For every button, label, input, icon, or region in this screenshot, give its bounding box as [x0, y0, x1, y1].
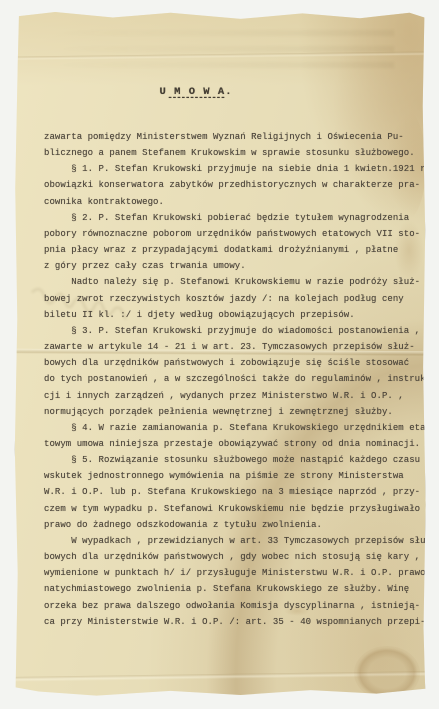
- text-line: biletu II kl. :/ i djety według obowiązu…: [44, 307, 420, 323]
- text-line: Nadto należy się p. Stefanowi Krukowskie…: [44, 274, 420, 290]
- text-line: czem w tym wypadku p. Stefanowi Krukowsk…: [44, 501, 420, 517]
- text-line: normujących porządek pełnienia wewnętrzn…: [44, 404, 420, 420]
- text-line: § 5. Rozwiązanie stosunku służbowego moż…: [44, 452, 420, 468]
- text-line: wymienione w punktach h/ i/ przysługuje …: [44, 565, 420, 581]
- text-line: ca przy Ministerstwie W.R. i O.P. /: art…: [44, 614, 420, 630]
- paper-stain-bottom-right: [354, 646, 420, 700]
- text-line: obowiązki konserwatora zabytków przedhis…: [44, 177, 420, 193]
- text-line: pobory równoznaczne poborom urzędników p…: [44, 226, 420, 242]
- paper-crease-top: [14, 51, 426, 60]
- text-line: § 1. P. Stefan Krukowski przyjmuje na si…: [44, 161, 420, 177]
- document-title-block: U M O W A. -------------: [156, 86, 236, 102]
- text-line: § 2. P. Stefan Krukowski pobierać będzie…: [44, 210, 420, 226]
- text-line: wskutek jednostronnego wymówienia na piś…: [44, 468, 420, 484]
- text-line: W wypadkach , przewidzianych w art. 33 T…: [44, 533, 420, 549]
- document-body: zawarta pomiędzy Ministerstwem Wyznań Re…: [44, 129, 420, 630]
- title-underline: -------------: [156, 94, 236, 102]
- text-line: towym umowa niniejsza przestaje obowiązy…: [44, 436, 420, 452]
- text-line: blicznego a panem Stefanem Krukowskim w …: [44, 145, 420, 161]
- text-line: bowych dla urzędników państwowych , gdy …: [44, 549, 420, 565]
- text-line: z góry przez cały czas trwania umowy.: [44, 258, 420, 274]
- paper-sheet: U M O W A. ------------- zawarta pomiędz…: [14, 10, 426, 697]
- text-line: pnia płacy wraz z przypadającymi dodatka…: [44, 242, 420, 258]
- scanned-document-view: { "page": { "background_color": "#f3f4f1…: [0, 0, 439, 709]
- text-line: bowej zwrot rzeczywistych kosztów jazdy …: [44, 291, 420, 307]
- paper-crease-bottom: [14, 671, 426, 682]
- text-line: § 3. P. Stefan Krukowski przyjmuje do wi…: [44, 323, 420, 339]
- text-line: prawo do żadnego odszkodowania z tytułu …: [44, 517, 420, 533]
- text-line: cownika kontraktowego.: [44, 194, 420, 210]
- ink-show-through: [44, 30, 394, 78]
- text-line: zawarta pomiędzy Ministerstwem Wyznań Re…: [44, 129, 420, 145]
- text-line: orzeka bez prawa dalszego odwołania Komi…: [44, 598, 420, 614]
- text-line: zawarte w artykule 14 - 21 i w art. 23. …: [44, 339, 420, 355]
- text-line: natychmiastowego zwolnienia p. Stefana K…: [44, 581, 420, 597]
- text-line: W.R. i O.P. lub p. Stefana Krukowskiego …: [44, 484, 420, 500]
- text-line: bowych dla urzędników państwowych i zobo…: [44, 355, 420, 371]
- text-line: cji i innych zarządzeń , wydanych przez …: [44, 388, 420, 404]
- text-line: do tych postanowień , a w szczególności …: [44, 371, 420, 387]
- text-line: § 4. W razie zamianowania p. Stefana Kru…: [44, 420, 420, 436]
